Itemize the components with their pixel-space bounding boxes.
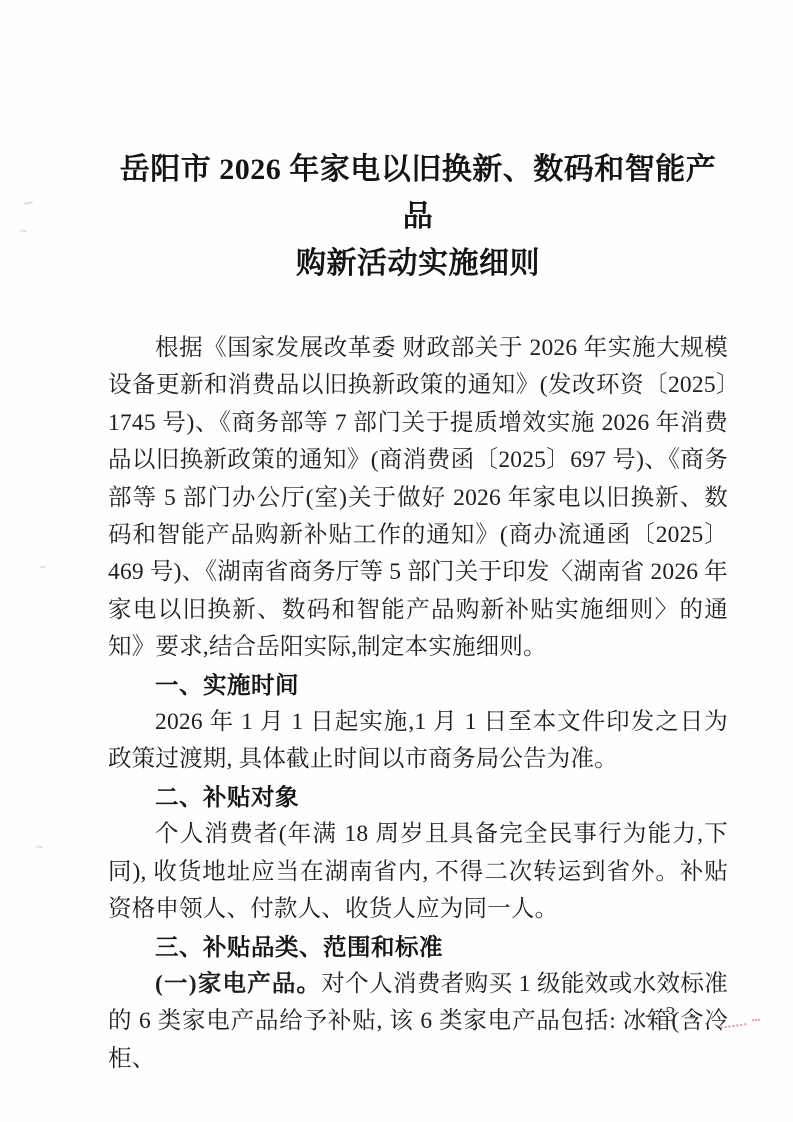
appliance-item-lead: (一)家电产品。 [155,971,321,997]
section-body-implementation-time: 2026 年 1 月 1 日起实施,1 月 1 日至本文件印发之日为政策过渡期,… [108,704,728,779]
section-heading-implementation-time: 一、实施时间 [108,667,728,704]
document-content: 岳阳市 2026 年家电以旧换新、数码和智能产品 购新活动实施细则 根据《国家发… [108,146,728,1078]
scan-speck [24,201,33,205]
scan-speck [20,230,27,233]
scan-speck [40,566,46,569]
scanned-document-page: 岳阳市 2026 年家电以旧换新、数码和智能产品 购新活动实施细则 根据《国家发… [0,0,793,1122]
red-ink-artifact-small [752,1014,761,1022]
section-body-subsidy-targets: 个人消费者(年满 18 周岁且具备完全民事行为能力,下同), 收货地址应当在湖南… [108,816,728,928]
scan-speck [36,845,43,848]
appliance-item-paragraph: (一)家电产品。对个人消费者购买 1 级能效或水效标准的 6 类家电产品给予补贴… [108,966,728,1078]
document-title-line1: 岳阳市 2026 年家电以旧换新、数码和智能产品 [108,146,728,240]
page-number: - 3 - [645,1002,700,1027]
section-heading-subsidy-targets: 二、补贴对象 [108,779,728,816]
document-title: 岳阳市 2026 年家电以旧换新、数码和智能产品 购新活动实施细则 [108,146,728,287]
intro-paragraph: 根据《国家发展改革委 财政部关于 2026 年实施大规模设备更新和消费品以旧换新… [108,330,728,667]
section-heading-subsidy-categories: 三、补贴品类、范围和标准 [108,929,728,966]
document-title-line2: 购新活动实施细则 [108,240,728,287]
